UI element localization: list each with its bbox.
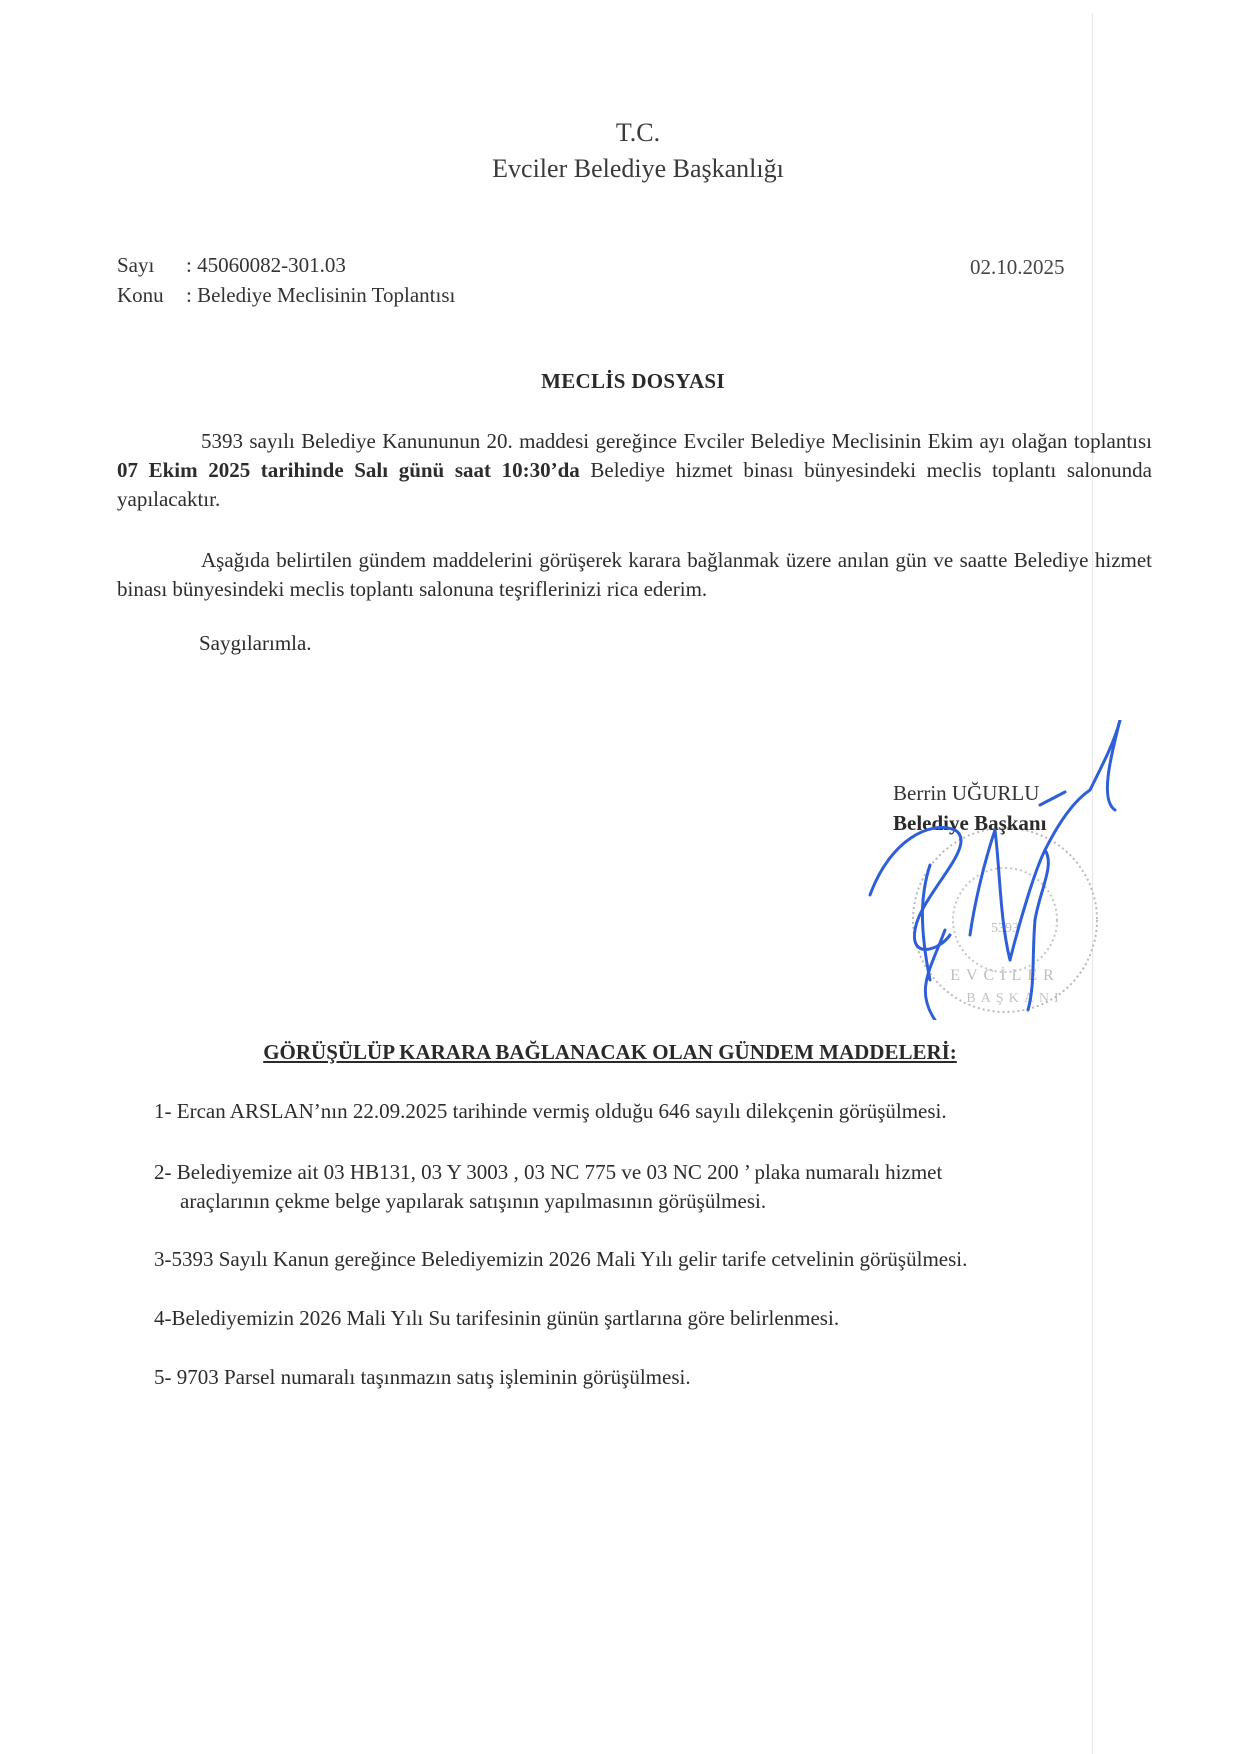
agenda-item-4-text: 4-Belediyemizin 2026 Mali Yılı Su tarife…	[154, 1306, 839, 1330]
agenda-item-1-text: 1- Ercan ARSLAN’nın 22.09.2025 tarihinde…	[154, 1099, 947, 1123]
agenda-item-2-line-2: araçlarının çekme belge yapılarak satışı…	[154, 1187, 942, 1216]
agenda-item-5: 5- 9703 Parsel numaralı taşınmazın satış…	[154, 1363, 691, 1392]
agenda-item-3: 3-5393 Sayılı Kanun gereğince Belediyemi…	[154, 1245, 967, 1274]
agenda-item-1: 1- Ercan ARSLAN’nın 22.09.2025 tarihinde…	[154, 1097, 947, 1126]
paragraph-invitation: Aşağıda belirtilen gündem maddelerini gö…	[117, 546, 1152, 604]
paragraph-2-text: Aşağıda belirtilen gündem maddelerini gö…	[117, 548, 1152, 601]
konu-label: Konu	[117, 283, 164, 308]
agenda-item-2: 2- Belediyemize ait 03 HB131, 03 Y 3003 …	[154, 1158, 942, 1216]
document-date: 02.10.2025	[970, 255, 1065, 280]
agenda-item-5-text: 5- 9703 Parsel numaralı taşınmazın satış…	[154, 1365, 691, 1389]
sayi-label: Sayı	[117, 253, 154, 278]
header-organization: Evciler Belediye Başkanlığı	[0, 154, 1240, 184]
agenda-heading: GÖRÜŞÜLÜP KARARA BAĞLANACAK OLAN GÜNDEM …	[0, 1040, 1220, 1065]
paragraph-1-start: 5393 sayılı Belediye Kanununun 20. madde…	[201, 429, 1152, 453]
agenda-item-3-text: 3-5393 Sayılı Kanun gereğince Belediyemi…	[154, 1247, 967, 1271]
handwritten-signature	[860, 720, 1140, 1020]
paragraph-meeting-notice: 5393 sayılı Belediye Kanununun 20. madde…	[117, 427, 1152, 514]
sayi-value: : 45060082-301.03	[186, 253, 346, 278]
meeting-datetime: 07 Ekim 2025 tarihinde Salı günü saat 10…	[117, 458, 580, 482]
closing-text: Saygılarımla.	[199, 631, 312, 656]
agenda-item-2-line-1: 2- Belediyemize ait 03 HB131, 03 Y 3003 …	[154, 1160, 942, 1184]
konu-value: : Belediye Meclisinin Toplantısı	[186, 283, 455, 308]
header-tc: T.C.	[0, 118, 1240, 148]
agenda-item-4: 4-Belediyemizin 2026 Mali Yılı Su tarife…	[154, 1304, 839, 1333]
document-title: MECLİS DOSYASI	[0, 369, 1240, 394]
